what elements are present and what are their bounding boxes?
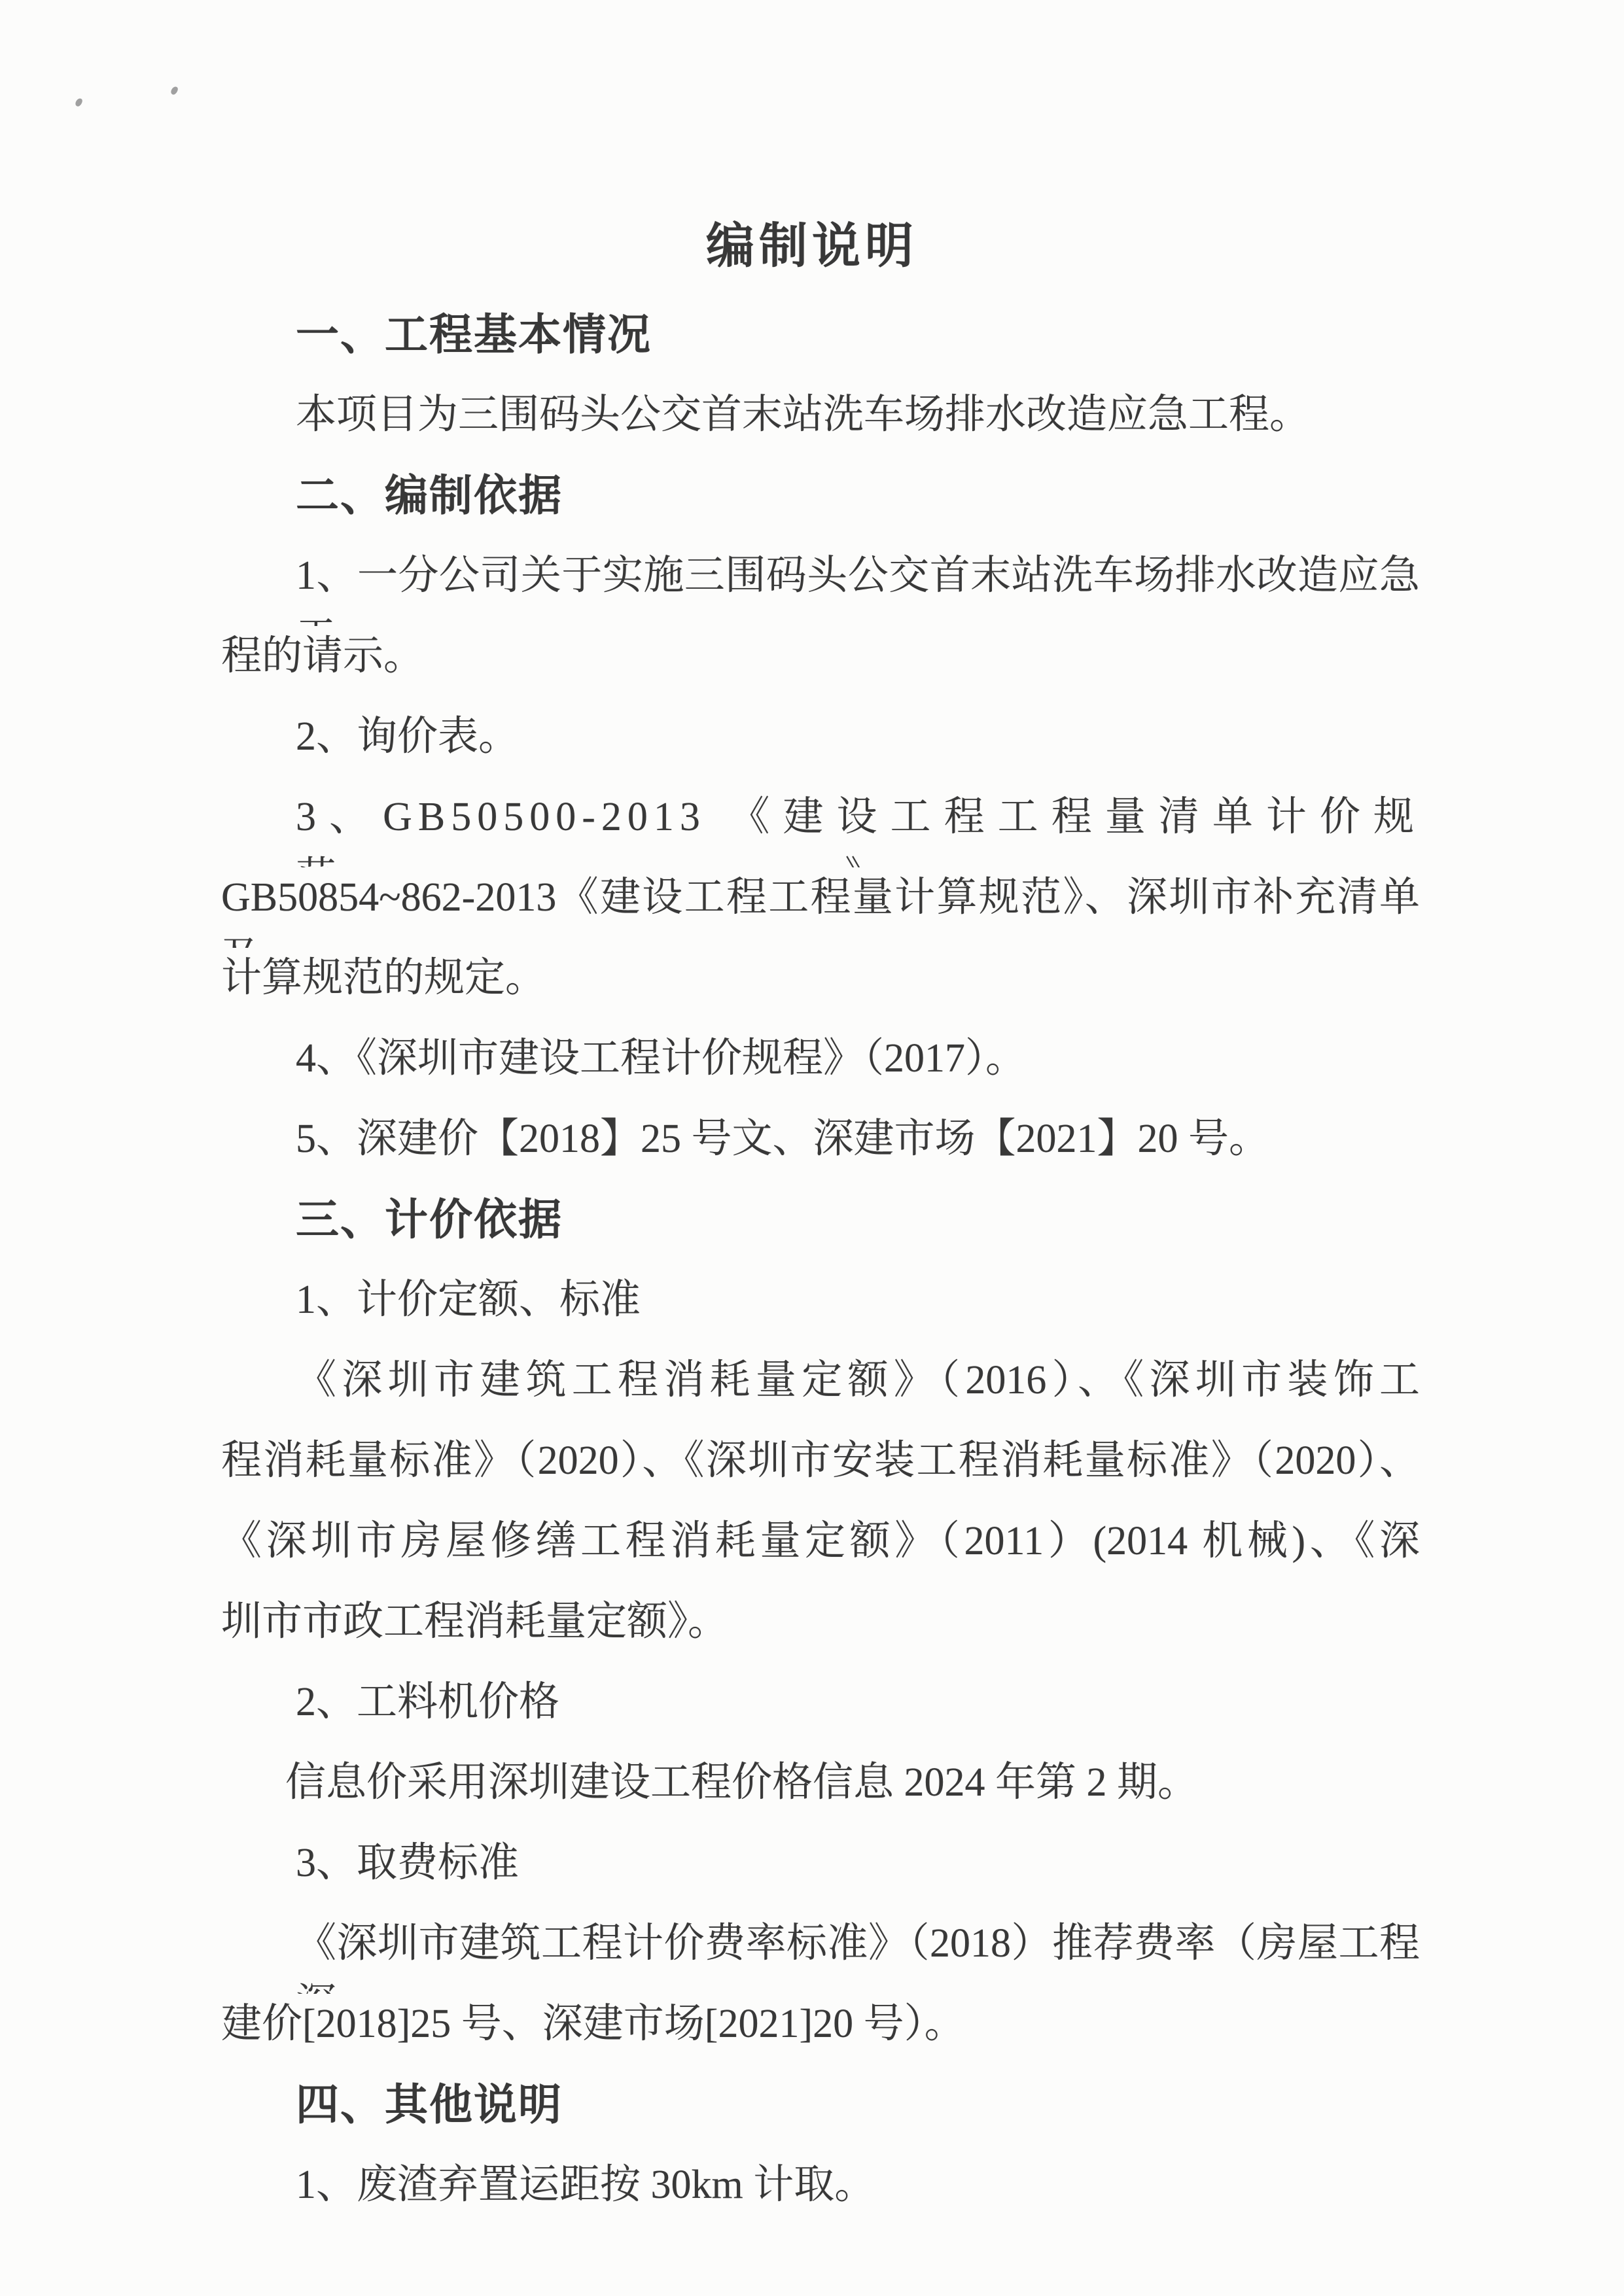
heading-section-1: 一、工程基本情况: [0, 304, 1624, 385]
heading-section-4: 四、其他说明: [0, 2074, 1624, 2155]
item-2-3-line-1: 3、GB50500-2013 《建设工程工程量清单计价规范》、: [0, 787, 1420, 867]
item-2-4: 4、《深圳市建设工程计价规程》（2017）。: [0, 1028, 1624, 1109]
item-3-1-line-3: 《深圳市房屋修缮工程消耗量定额》（2011）(2014 机械)、《深: [0, 1511, 1420, 1592]
item-3-1-line-1: 《深圳市建筑工程消耗量定额》（2016）、《深圳市装饰工: [0, 1350, 1420, 1431]
text-lines: 一、工程基本情况本项目为三围码头公交首末站洗车场排水改造应急工程。二、编制依据1…: [0, 304, 1624, 2235]
item-3-1-line-4: 圳市市政工程消耗量定额》。: [0, 1592, 1624, 1672]
item-3-2-title: 2、工料机价格: [0, 1672, 1624, 1752]
item-3-2-line-1: 信息价采用深圳建设工程价格信息 2024 年第 2 期。: [0, 1752, 1624, 1833]
heading-section-2: 二、编制依据: [0, 465, 1624, 546]
document-page: 编制说明 一、工程基本情况本项目为三围码头公交首末站洗车场排水改造应急工程。二、…: [0, 0, 1624, 2296]
item-3-3-line-2: 建价[2018]25 号、深建市场[2021]20 号）。: [0, 1994, 1624, 2074]
item-3-1-line-2: 程消耗量标准》（2020）、《深圳市安装工程消耗量标准》（2020）、: [0, 1431, 1420, 1511]
item-4-1: 1、废渣弃置运距按 30km 计取。: [0, 2155, 1624, 2235]
item-3-3-line-1: 《深圳市建筑工程计价费率标准》（2018）推荐费率（房屋工程深: [0, 1913, 1420, 1994]
item-3-3-title: 3、取费标准: [0, 1833, 1624, 1913]
item-2-1-line-2: 程的请示。: [0, 626, 1624, 706]
item-2-3-line-2: GB50854~862-2013《建设工程工程量计算规范》、深圳市补充清单及: [0, 867, 1420, 948]
item-2-2: 2、询价表。: [0, 706, 1624, 787]
item-2-3-line-3: 计算规范的规定。: [0, 948, 1624, 1028]
item-2-5: 5、深建价【2018】25 号文、深建市场【2021】20 号。: [0, 1109, 1624, 1189]
heading-section-3: 三、计价依据: [0, 1189, 1624, 1270]
para-project-basic: 本项目为三围码头公交首末站洗车场排水改造应急工程。: [0, 385, 1624, 465]
item-3-1-title: 1、计价定额、标准: [0, 1270, 1624, 1350]
document-title: 编制说明: [0, 0, 1624, 304]
item-2-1-line-1: 1、一分公司关于实施三围码头公交首末站洗车场排水改造应急工: [0, 546, 1420, 626]
